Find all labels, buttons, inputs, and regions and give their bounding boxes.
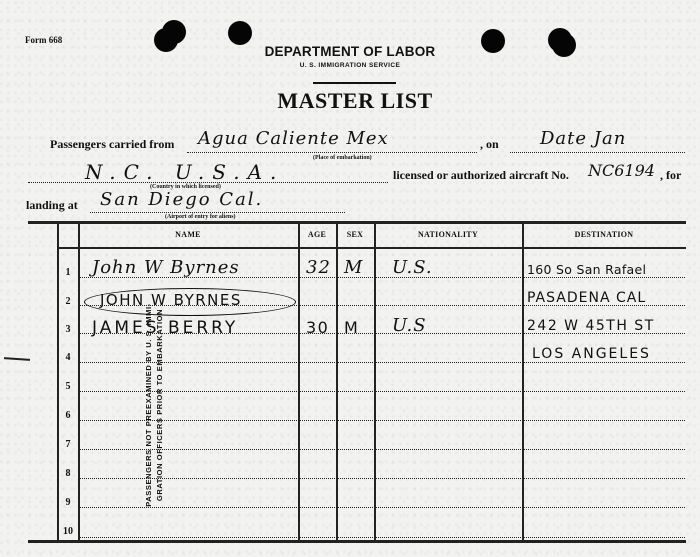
table-row	[78, 537, 685, 538]
row-number: 10	[58, 526, 78, 537]
table-bottom-rule	[28, 540, 686, 543]
country-value[interactable]: N.C. U.S.A.	[85, 160, 284, 184]
for-label: , for	[660, 168, 681, 183]
row-4-destination[interactable]: LOS ANGELES	[532, 346, 651, 362]
landing-caption: (Airport of entry for aliens)	[165, 214, 236, 220]
service-subheading: U. S. IMMIGRATION SERVICE	[0, 62, 700, 69]
date-value[interactable]: Date Jan	[540, 128, 626, 149]
carried-from-value[interactable]: Agua Caliente Mex	[198, 128, 389, 149]
place-caption: (Place of embarkation)	[313, 155, 372, 161]
row-number: 9	[58, 497, 78, 508]
row-3-age[interactable]: 30	[306, 318, 329, 337]
document-page	[0, 0, 700, 557]
row-3-nationality[interactable]: U.S	[392, 315, 427, 336]
row-1-name[interactable]: John W Byrnes	[92, 257, 240, 278]
row-3-name[interactable]: JAMES BERRY	[92, 318, 238, 338]
carried-from-line	[187, 152, 477, 153]
column-divider	[298, 222, 300, 542]
header-row-rule	[57, 247, 686, 249]
row-3-destination[interactable]: 242 W 45TH ST	[527, 318, 655, 334]
row-number: 4	[58, 352, 78, 363]
date-line	[510, 152, 685, 153]
landing-value[interactable]: San Diego Cal.	[100, 189, 263, 210]
column-header-age: AGE	[298, 230, 336, 239]
punch-hole	[228, 21, 252, 45]
table-row	[78, 420, 685, 421]
row-number: 8	[58, 468, 78, 479]
row-number: 7	[58, 439, 78, 450]
column-divider	[78, 222, 80, 542]
row-number: 1	[58, 267, 78, 278]
table-row	[78, 362, 685, 363]
row-1-destination[interactable]: 160 So San Rafael	[527, 262, 646, 277]
row-number: 3	[58, 324, 78, 335]
row-2-name[interactable]: JOHN W BYRNES	[100, 291, 242, 309]
table-row	[78, 478, 685, 479]
punch-hole	[162, 20, 186, 44]
column-header-nationality: NATIONALITY	[374, 230, 522, 239]
row-number: 2	[58, 296, 78, 307]
row-1-nationality[interactable]: U.S.	[392, 257, 433, 278]
landing-line	[90, 212, 345, 213]
column-header-sex: SEX	[336, 230, 374, 239]
aircraft-label: licensed or authorized aircraft No.	[393, 168, 569, 183]
department-heading: DEPARTMENT OF LABOR	[0, 44, 700, 59]
row-1-age[interactable]: 32	[306, 257, 331, 278]
row-3-sex[interactable]: M	[344, 318, 359, 337]
row-2-destination[interactable]: PASADENA CAL	[527, 290, 646, 306]
carried-from-label: Passengers carried from	[50, 137, 174, 152]
table-row	[78, 507, 685, 508]
column-header-name: NAME	[78, 230, 298, 239]
aircraft-number-value[interactable]: NC6194	[588, 161, 655, 180]
landing-label: landing at	[26, 198, 78, 213]
row-1-sex[interactable]: M	[344, 257, 363, 278]
table-top-rule	[28, 221, 686, 224]
column-header-destination: DESTINATION	[522, 230, 686, 239]
on-label: , on	[480, 137, 499, 152]
row-number: 6	[58, 410, 78, 421]
table-row	[78, 391, 685, 392]
header-divider	[313, 82, 396, 84]
row-number: 5	[58, 381, 78, 392]
column-divider	[336, 222, 338, 542]
column-divider	[522, 222, 524, 542]
column-divider	[374, 222, 376, 542]
page-title: MASTER LIST	[0, 88, 700, 114]
table-row	[78, 449, 685, 450]
